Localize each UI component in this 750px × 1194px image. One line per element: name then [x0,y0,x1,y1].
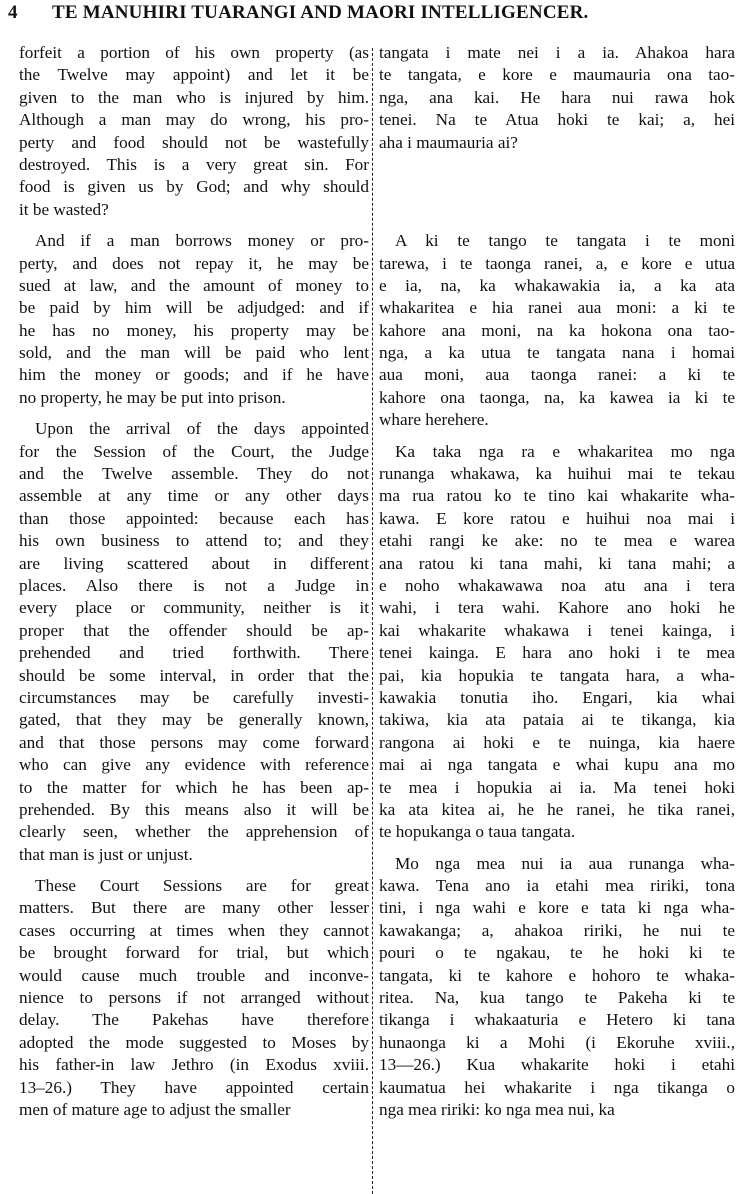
text-line: sold, and the man will be paid who lent [19,342,369,364]
maori-paragraph: A ki te tango te tangata i te monitarewa… [379,230,735,432]
text-line: Mo nga mea nui ia aua runanga wha- [379,853,735,875]
text-line: perty, and does not repay it, he may be [19,253,369,275]
text-line: be brought forward for trial, but which [19,942,369,964]
text-line: nga, a ka utua te tangata nana i homai [379,342,735,364]
text-line: tarewa, i te taonga ranei, a, e kore e u… [379,253,735,275]
english-column: forfeit a portion of his own property (a… [19,42,369,1121]
text-line: it be wasted? [19,199,369,221]
text-line: These Court Sessions are for great [19,875,369,897]
text-line: him the money or goods; and if he have [19,364,369,386]
maori-column: tangata i mate nei i a ia. Ahakoa harate… [379,42,735,1121]
paragraph-gap [19,221,369,230]
text-line: te mea i hopukia ai ia. Ma tenei hoki [379,777,735,799]
maori-paragraph: tangata i mate nei i a ia. Ahakoa harate… [379,42,735,154]
text-line: Ka taka nga ra e whakaritea mo nga [379,441,735,463]
text-line: aha i maumauria ai? [379,132,735,154]
text-line: be paid by him will be adjudged: and if [19,297,369,319]
text-line: no property, he may be put into prison. [19,387,369,409]
running-title: TE MANUHIRI TUARANGI AND MAORI INTELLIGE… [52,2,589,24]
text-line: kahore ana moni, na ka hokona ona tao- [379,320,735,342]
text-line: tenei. Na te Atua hoki te kai; a, hei [379,109,735,131]
text-line: tikanga i whakaaturia e Hetero ki tana [379,1009,735,1031]
text-line: nience to persons if not arranged withou… [19,987,369,1009]
text-line: 13—26.) Kua whakarite hoki i etahi [379,1054,735,1076]
text-line: who can give any evidence with reference [19,754,369,776]
text-line: than those appointed: because each has [19,508,369,530]
text-line: 13–26.) They have appointed certain [19,1077,369,1099]
text-line: etahi rangi ke ake: no te mea e warea [379,530,735,552]
text-line: aua moni, aua taonga ranei: a ki te [379,364,735,386]
text-line: would cause much trouble and inconve- [19,965,369,987]
text-line: te tangata, e kore e maumauria ona tao- [379,64,735,86]
maori-paragraph: Mo nga mea nui ia aua runanga wha-kawa. … [379,853,735,1122]
text-line: Although a man may do wrong, his pro- [19,109,369,131]
text-line: kawakanga; a, ahakoa ririki, he nui te [379,920,735,942]
text-line: his own business to attend to; and they [19,530,369,552]
text-line: e noho whakawawa noa atu ana i tera [379,575,735,597]
text-line: his father-in law Jethro (in Exodus xvii… [19,1054,369,1076]
text-line: places. Also there is not a Judge in [19,575,369,597]
text-line: the Twelve may appoint) and let it be [19,64,369,86]
text-line: tini, i nga wahi e kore e tata ki nga wh… [379,897,735,919]
english-paragraph: These Court Sessions are for greatmatter… [19,875,369,1121]
text-line: matters. But there are many other lesser [19,897,369,919]
text-line: proper that the offender should be ap- [19,620,369,642]
text-line: kawakia tonutia iho. Engari, kia whai [379,687,735,709]
paragraph-gap [379,844,735,853]
english-paragraph: forfeit a portion of his own property (a… [19,42,369,221]
text-line: delay. The Pakehas have therefore [19,1009,369,1031]
text-line: men of mature age to adjust the smaller [19,1099,369,1121]
text-line: perty and food should not be wastefully [19,132,369,154]
blank-space [379,163,735,230]
text-line: wahi, i tera wahi. Kahore ano hoki he [379,597,735,619]
text-line: e ia, na, ka whakawakia ia, a ka ata [379,275,735,297]
text-line: sued at law, and the amount of money to [19,275,369,297]
text-line: he has no money, his property may be [19,320,369,342]
text-line: nga mea ririki: ko nga mea nui, ka [379,1099,735,1121]
text-line: prehended. By this means also it will be [19,799,369,821]
text-line: are living scattered about in different [19,553,369,575]
text-line: prehended and tried forthwith. There [19,642,369,664]
paragraph-gap [19,866,369,875]
text-line: tenei kainga. E hara ano hoki i te mea [379,642,735,664]
text-line: whare herehere. [379,409,735,431]
text-line: A ki te tango te tangata i te moni [379,230,735,252]
text-line: mai ai nga tangata e whai kupu ana mo [379,754,735,776]
text-line: clearly seen, whether the apprehension o… [19,821,369,843]
text-line: tangata, ki te kahore e hohoro te whaka- [379,965,735,987]
english-paragraph: And if a man borrows money or pro-perty,… [19,230,369,409]
text-line: should be some interval, in order that t… [19,665,369,687]
text-line: circumstances may be carefully investi- [19,687,369,709]
english-paragraph: Upon the arrival of the days appointedfo… [19,418,369,866]
text-line: kawa. E kore ratou e huihui noa mai i [379,508,735,530]
text-line: kai whakarite whakawa i tenei kainga, i [379,620,735,642]
text-line: pai, kia hopukia te tangata hara, a wha- [379,665,735,687]
text-line: and the Twelve assemble. They do not [19,463,369,485]
text-line: ritea. Na, kua tango te Pakeha ki te [379,987,735,1009]
text-line: tangata i mate nei i a ia. Ahakoa hara [379,42,735,64]
paragraph-gap [379,432,735,441]
text-line: cases occurring at times when they canno… [19,920,369,942]
text-line: destroyed. This is a very great sin. For [19,154,369,176]
text-line: pouri o te ngakau, te he hoki ki te [379,942,735,964]
text-line: given to the man who is injured by him. [19,87,369,109]
text-line: gated, that they may be generally known, [19,709,369,731]
text-line: takiwa, kia ata pataia ai te tikanga, ki… [379,709,735,731]
text-line: And if a man borrows money or pro- [19,230,369,252]
page-number: 4 [8,2,18,24]
text-line: nga, ana kai. He hara nui rawa hok [379,87,735,109]
maori-paragraph: Ka taka nga ra e whakaritea mo ngarunang… [379,441,735,844]
text-line: kahore ona taonga, na, ka kawea ia ki te [379,387,735,409]
column-divider [372,48,373,1194]
text-line: runanga whakawa, ka huihui mai te tekau [379,463,735,485]
text-line: hunaonga ki a Mohi (i Ekoruhe xviii., [379,1032,735,1054]
text-line: kawa. Tena ano ia etahi mea ririki, tona [379,875,735,897]
text-line: to the matter for which he has been ap- [19,777,369,799]
text-line: and that those persons may come forward [19,732,369,754]
text-line: that man is just or unjust. [19,844,369,866]
text-line: Upon the arrival of the days appointed [19,418,369,440]
text-line: every place or community, neither is it [19,597,369,619]
text-line: assemble at any time or any other days [19,485,369,507]
text-line: ana ratou ki tana mahi, ki tana mahi; a [379,553,735,575]
page-header: 4 TE MANUHIRI TUARANGI AND MAORI INTELLI… [0,0,750,36]
text-line: whakaritea e hia ranei aua moni: a ki te [379,297,735,319]
text-line: forfeit a portion of his own property (a… [19,42,369,64]
paragraph-gap [379,154,735,163]
text-line: ka ata kitea ai, he he ranei, he tika ra… [379,799,735,821]
text-line: for the Session of the Court, the Judge [19,441,369,463]
text-line: food is given us by God; and why should [19,176,369,198]
text-line: te hopukanga o taua tangata. [379,821,735,843]
text-line: adopted the mode suggested to Moses by [19,1032,369,1054]
paragraph-gap [19,409,369,418]
text-line: rangona ai hoki e te nuinga, kia haere [379,732,735,754]
text-line: kaumatua hei whakarite i nga tikanga o [379,1077,735,1099]
text-line: ma rua ratou ko te tino kai whakarite wh… [379,485,735,507]
